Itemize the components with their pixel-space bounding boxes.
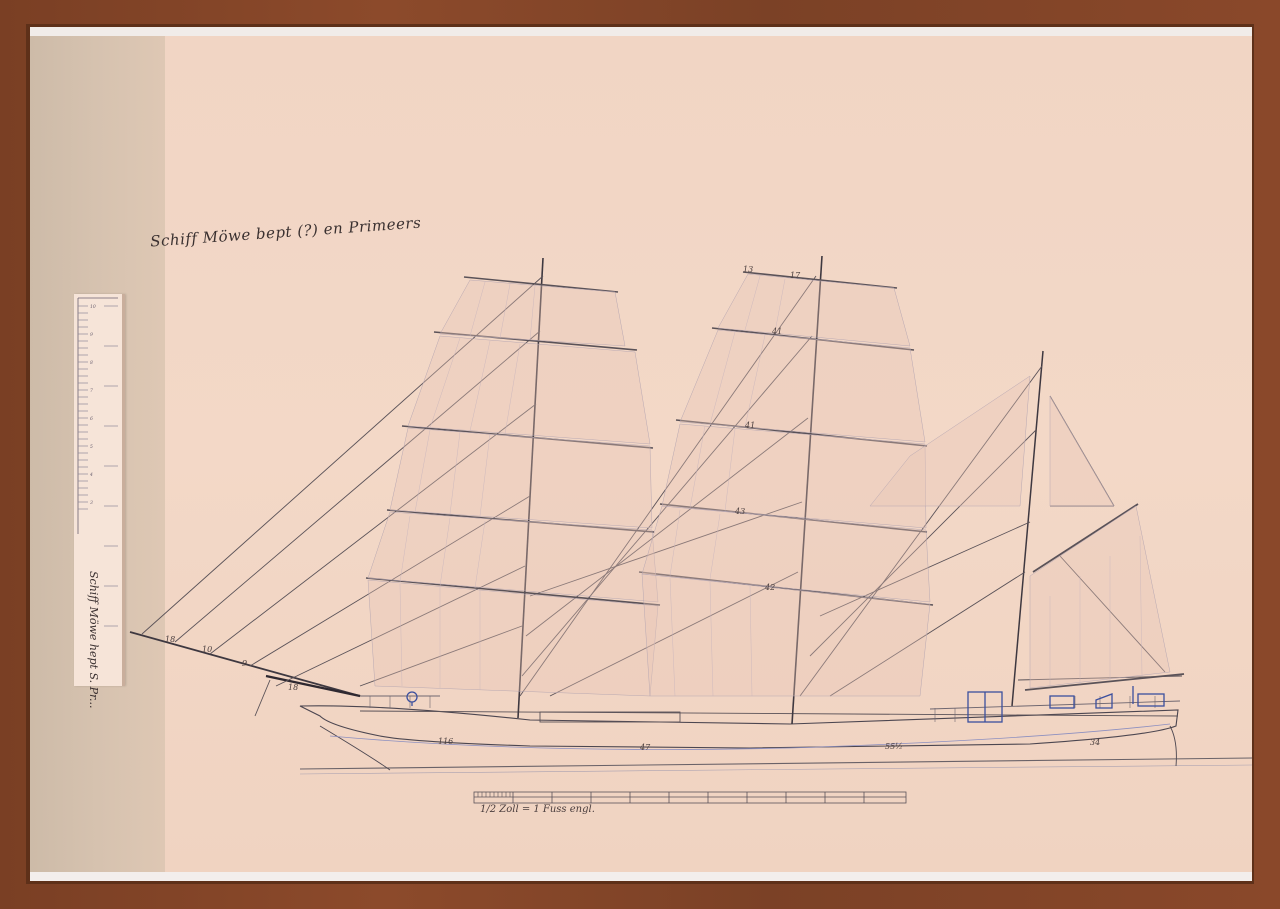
hull-label-3: 55½ [885, 742, 903, 751]
bowsprit-label-3: 9 [242, 659, 247, 668]
yard-label-6: 42 [764, 583, 775, 592]
horizontal-scale-bar [474, 792, 906, 803]
bowsprit-label-2: 10 [202, 645, 212, 654]
hull-label-1: 116 [438, 737, 453, 746]
bowsprit-label-1: 18 [165, 635, 175, 644]
yard-label-4: 41 [744, 421, 755, 430]
yard-label-2: 17 [790, 271, 801, 280]
yard-label-5: 43 [734, 507, 745, 516]
mat-top-edge [30, 27, 1252, 36]
yard-label-1: 13 [743, 265, 753, 274]
mat-bottom-edge [30, 872, 1252, 881]
hull-label-2: 47 [639, 743, 651, 752]
ship-sail-plan-drawing: 116 47 55½ 34 13 17 41 41 43 42 18 10 9 … [30, 36, 1252, 872]
yard-label-3: 41 [771, 327, 782, 336]
drawing-paper: Schiff Möwe bept (?) en Primeers [30, 36, 1252, 872]
bowsprit-label-4: 18 [288, 683, 298, 692]
hull-label-4: 34 [1090, 738, 1100, 747]
